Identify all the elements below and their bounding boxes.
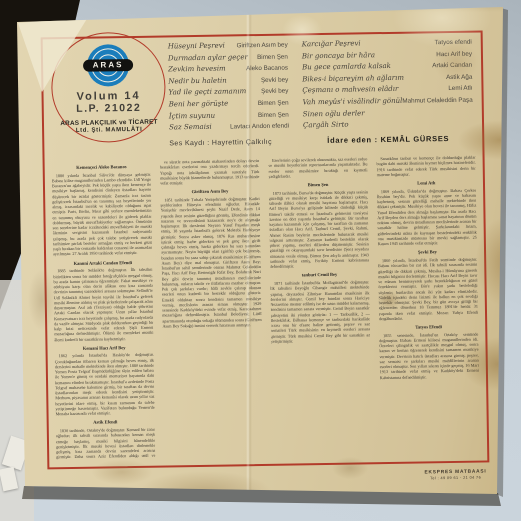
track-composer: Şevki bey bbox=[261, 88, 288, 95]
sound-recording-credit: Ses Kaydı : Hayrettin Çalkılıç bbox=[169, 138, 289, 147]
track-title: Çeşmanı o mahvesin elâdır bbox=[302, 85, 398, 95]
bio-paragraph: ve süratle nota yazmaktaki maharetinden … bbox=[160, 158, 260, 186]
bio-paragraph: 1851 tarihinde Tırhala Yenişehrinde doğm… bbox=[160, 196, 261, 329]
tracklist: Hüseyni PeşreviGiriftzen Asım beyDurmada… bbox=[161, 38, 481, 157]
track-title: Zevkim hevesim bbox=[168, 65, 226, 74]
track-composer: Bimen Şen bbox=[257, 53, 288, 60]
bio-heading: Kanunî Artaki Candan Efendi bbox=[53, 259, 152, 266]
track-title: Yad ile geçti zamanım bbox=[168, 88, 246, 97]
bio-paragraph: 1830 tarihinde, Ortaköy'de doğmuştur. Ke… bbox=[56, 427, 156, 461]
track-title: Bir goncaya bir hâra bbox=[302, 51, 375, 60]
bio-column: ve süratle nota yazmaktaki maharetinden … bbox=[160, 158, 264, 459]
bio-paragraph: 1885 tarihinde Selânik'te doğmuştur. İlk… bbox=[53, 267, 153, 342]
bio-paragraph: 1862 yılında İstanbul'da Hasköy'de doğmu… bbox=[55, 352, 155, 417]
track-composer: Giriftzen Asım bey bbox=[237, 42, 288, 50]
bio-paragraph: 1860 yılında, İstanbul'da Fatih semtinde… bbox=[378, 257, 478, 322]
bio-heading: Kemençeci Aleko Bacanos bbox=[52, 164, 151, 171]
photo-scene: ARAS Volum 14 L.P. 21022 ARAS PLAKÇILIK … bbox=[0, 0, 521, 521]
bio-column: Kemençeci Aleko Bacanos1880 yılında İsta… bbox=[52, 160, 156, 461]
track-composer: Şevki bey bbox=[261, 76, 288, 83]
tracklist-right-column: Karcığar PeşreviTatyos efendiBir goncaya… bbox=[295, 38, 481, 155]
track-title: Çargâh Sirto bbox=[303, 121, 349, 130]
track-title: Vah meyûs'i visâlindir gönül bbox=[303, 97, 403, 107]
track-title: İçtim suyunu bbox=[169, 111, 215, 120]
bio-column: Eserlerinin çoğu sevilerek okunmakta, sa… bbox=[268, 156, 372, 457]
bio-heading: Bimen Şen bbox=[268, 181, 367, 188]
track-title: Bikes-i biçareyim ah ağlarım bbox=[302, 73, 404, 83]
bio-heading: tanburî Cemil Bey bbox=[270, 272, 369, 279]
red-border-frame: ARAS Volum 14 L.P. 21022 ARAS PLAKÇILIK … bbox=[41, 30, 490, 469]
track-title: Durmadan aylar geçer bbox=[168, 53, 248, 62]
track-title: Beni her görüşte bbox=[169, 99, 229, 108]
bio-paragraph: 1873 tarihinde, Bursa'da doğmuştur. Küçü… bbox=[269, 189, 369, 269]
bio-paragraph: 1880 yılında İstanbul Silivri'de dünyaya… bbox=[52, 171, 153, 257]
bio-heading: Astik Efendi bbox=[56, 419, 155, 426]
sleeve-content: ARAS Volum 14 L.P. 21022 ARAS PLAKÇILIK … bbox=[0, 0, 521, 521]
track-title: Saz Semaisi bbox=[169, 123, 212, 132]
bio-paragraph: 1855 senesinde, İstanbul'un Ortaköy semt… bbox=[379, 331, 479, 380]
bio-paragraph: Eserlerinin çoğu sevilerek okunmakta, sa… bbox=[268, 156, 368, 179]
track-composer: Tatyos efendi bbox=[435, 39, 472, 47]
bio-heading: Lemi Atlı bbox=[377, 180, 476, 187]
track-composer: Bimen Şen bbox=[258, 100, 289, 107]
track-composer: Lemi Atlı bbox=[448, 85, 472, 92]
composer-biographies: Kemençeci Aleko Bacanos1880 yılında İsta… bbox=[52, 155, 481, 461]
track-title: Nedir bu haletin bbox=[168, 76, 227, 85]
track-title: Hüseyni Peşrevi bbox=[168, 42, 225, 51]
bio-paragraph: Sanatkârın tanbur ve kemençe ile doldurd… bbox=[376, 155, 476, 178]
bio-column: Sanatkârın tanbur ve kemençe ile doldurd… bbox=[376, 155, 480, 456]
director-credit: İdare eden : KEMÂL GÜRSES bbox=[303, 133, 473, 145]
track-composer: Bimen Şen bbox=[258, 111, 289, 118]
track-row: Saz SemaisiLavtacı Andon efendi bbox=[169, 122, 289, 135]
track-title: Bu gece çamlarda kalsak bbox=[302, 62, 391, 71]
tracklist-left-column: Hüseyni PeşreviGiriftzen Asım beyDurmada… bbox=[161, 40, 297, 156]
track-composer: Aleko Bacanos bbox=[246, 65, 288, 73]
bio-paragraph: 1869 yılında, Üsküdar'da doğmuştur. Baba… bbox=[377, 187, 477, 246]
track-composer: Lavtacı Andon efendi bbox=[230, 123, 289, 131]
track-composer: Astik Ağa bbox=[446, 73, 472, 80]
bio-heading: Şevki Bey bbox=[378, 249, 477, 256]
printer-credit: EKSPRES MATBAASI Tel : 49 09 61 - 21 04 … bbox=[401, 469, 509, 481]
bio-heading: Kemanî Hacı Arif Bey bbox=[54, 344, 153, 351]
track-row: Çargâh Sirto bbox=[303, 119, 473, 133]
bio-paragraph: 1871 tarihinde İstanbul'da Mollagüranî'd… bbox=[270, 279, 370, 344]
track-composer: Hacı Arif bey bbox=[436, 50, 472, 58]
bio-heading: Giriftzen Asım Bey bbox=[160, 188, 259, 195]
company-suffix: Ltd. Şti. MAMULÂTI bbox=[53, 126, 165, 134]
lp-catalog-number: L.P. 21022 bbox=[53, 101, 165, 115]
track-composer: Artaki Candan bbox=[432, 62, 472, 70]
brand-name: ARAS bbox=[83, 59, 133, 72]
track-title: Sinen oğlu derler bbox=[303, 109, 365, 118]
aras-record-logo-icon: ARAS bbox=[87, 44, 130, 87]
bio-heading: Tatyos Efendi bbox=[379, 324, 478, 331]
track-composer: Mahmut Celaleddin Paşa bbox=[402, 97, 472, 105]
track-title: Karcığar Peşrevi bbox=[302, 39, 361, 48]
printer-phone: Tel : 49 09 61 - 21 04 76 bbox=[402, 475, 510, 481]
record-sleeve-back-cover: ARAS Volum 14 L.P. 21022 ARAS PLAKÇILIK … bbox=[0, 0, 521, 521]
